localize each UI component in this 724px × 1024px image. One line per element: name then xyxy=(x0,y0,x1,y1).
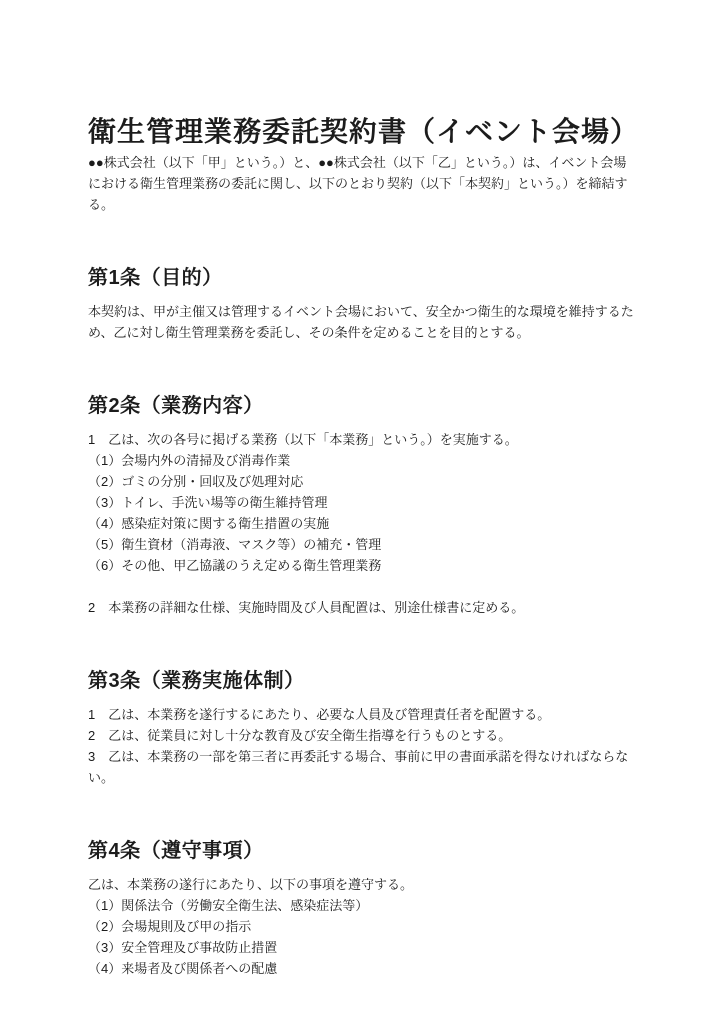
article-4-body: 乙は、本業務の遂行にあたり、以下の事項を遵守する。 （1）関係法令（労働安全衛生… xyxy=(88,874,636,979)
article-2-spacer xyxy=(88,576,636,597)
article-2-item-6: （6）その他、甲乙協議のうえ定める衛生管理業務 xyxy=(88,555,636,576)
article-2-clause-2: 2 本業務の詳細な仕様、実施時間及び人員配置は、別途仕様書に定める。 xyxy=(88,597,636,618)
article-2-clause-1: 1 乙は、次の各号に掲げる業務（以下「本業務」という。）を実施する。 xyxy=(88,429,636,450)
article-2-item-2: （2）ゴミの分別・回収及び処理対応 xyxy=(88,471,636,492)
article-2-item-5: （5）衛生資材（消毒液、マスク等）の補充・管理 xyxy=(88,534,636,555)
section-article-4: 第4条（遵守事項） 乙は、本業務の遂行にあたり、以下の事項を遵守する。 （1）関… xyxy=(88,836,636,979)
article-2-heading: 第2条（業務内容） xyxy=(88,391,636,421)
article-2-item-3: （3）トイレ、手洗い場等の衛生維持管理 xyxy=(88,492,636,513)
article-1-body: 本契約は、甲が主催又は管理するイベント会場において、安全かつ衛生的な環境を維持す… xyxy=(88,301,636,343)
article-3-body: 1 乙は、本業務を遂行するにあたり、必要な人員及び管理責任者を配置する。 2 乙… xyxy=(88,704,636,788)
article-1-paragraph: 本契約は、甲が主催又は管理するイベント会場において、安全かつ衛生的な環境を維持す… xyxy=(88,301,636,343)
article-3-clause-1: 1 乙は、本業務を遂行するにあたり、必要な人員及び管理責任者を配置する。 xyxy=(88,704,636,725)
section-article-1: 第1条（目的） 本契約は、甲が主催又は管理するイベント会場において、安全かつ衛生… xyxy=(88,263,636,343)
article-2-body: 1 乙は、次の各号に掲げる業務（以下「本業務」という。）を実施する。 （1）会場… xyxy=(88,429,636,618)
document-page: 衛生管理業務委託契約書（イベント会場） ●●株式会社（以下「甲」という。）と、●… xyxy=(0,0,724,1024)
article-2-item-1: （1）会場内外の清掃及び消毒作業 xyxy=(88,450,636,471)
document-title: 衛生管理業務委託契約書（イベント会場） xyxy=(88,112,636,152)
article-3-heading: 第3条（業務実施体制） xyxy=(88,666,636,696)
article-2-item-4: （4）感染症対策に関する衛生措置の実施 xyxy=(88,513,636,534)
article-4-item-3: （3）安全管理及び事故防止措置 xyxy=(88,937,636,958)
article-4-lead: 乙は、本業務の遂行にあたり、以下の事項を遵守する。 xyxy=(88,874,636,895)
intro-paragraph: ●●株式会社（以下「甲」という。）と、●●株式会社（以下「乙」という。）は、イベ… xyxy=(88,152,636,215)
article-1-heading: 第1条（目的） xyxy=(88,263,636,293)
article-4-item-2: （2）会場規則及び甲の指示 xyxy=(88,916,636,937)
section-article-2: 第2条（業務内容） 1 乙は、次の各号に掲げる業務（以下「本業務」という。）を実… xyxy=(88,391,636,618)
section-article-3: 第3条（業務実施体制） 1 乙は、本業務を遂行するにあたり、必要な人員及び管理責… xyxy=(88,666,636,788)
article-4-item-1: （1）関係法令（労働安全衛生法、感染症法等） xyxy=(88,895,636,916)
article-3-clause-2: 2 乙は、従業員に対し十分な教育及び安全衛生指導を行うものとする。 xyxy=(88,725,636,746)
article-4-item-4: （4）来場者及び関係者への配慮 xyxy=(88,958,636,979)
article-4-heading: 第4条（遵守事項） xyxy=(88,836,636,866)
article-3-clause-3: 3 乙は、本業務の一部を第三者に再委託する場合、事前に甲の書面承諾を得なければな… xyxy=(88,746,636,788)
